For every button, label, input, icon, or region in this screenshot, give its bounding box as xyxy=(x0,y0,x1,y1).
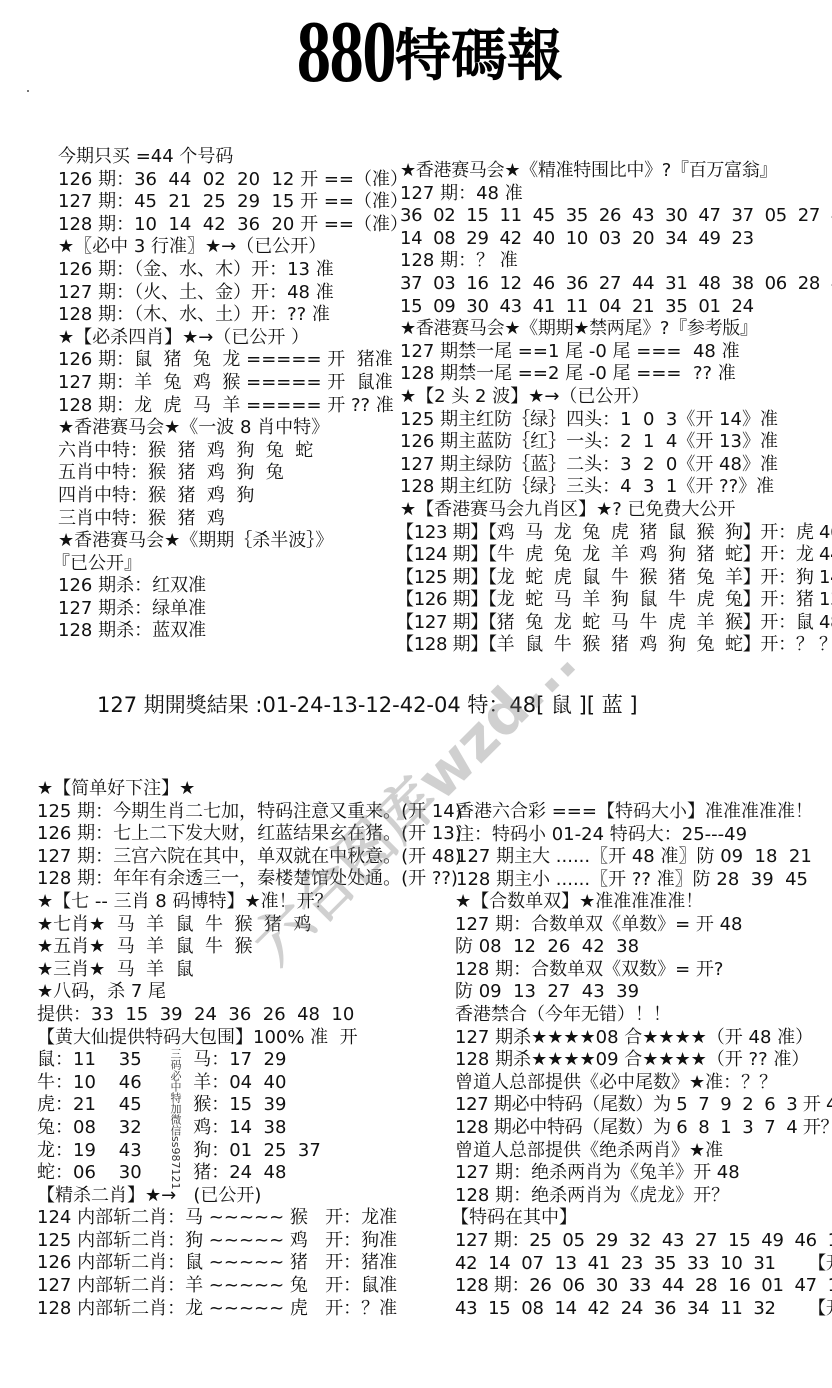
text-line: 126 期主蓝防｛红｝一头：2 1 4《开 13》准 xyxy=(400,431,832,454)
text-line: 五肖中特：猴 猪 鸡 狗 兔 xyxy=(58,462,408,485)
text-line: 128 内部斩二肖：龙 ~~~~~ 虎 开：？准 xyxy=(37,1298,462,1321)
text-line: 127 期：（火、土、金）开：48 准 xyxy=(58,282,408,305)
section-heading: ★香港赛马会★《期期｛杀半波｝》 xyxy=(58,530,408,553)
title-text: 特碼報 xyxy=(395,24,563,89)
left-top-section: 今期只买 =44 个号码 126 期：36 44 02 20 12 开 ==（准… xyxy=(58,146,408,643)
section-heading: ★【香港赛马会九肖区】★? 已免费大公开 xyxy=(400,499,832,522)
text-line: 三肖中特：猴 猪 鸡 xyxy=(58,508,408,531)
text-line: 128 期：？ 准 xyxy=(400,250,832,273)
zodiac-number-row: 龙：19 43 狗：01 25 37 xyxy=(37,1140,462,1163)
section-heading: ★香港赛马会★《精准特围比中》?『百万富翁』 xyxy=(400,160,832,183)
text-line: 127 期主绿防｛蓝｝二头：3 2 0《开 48》准 xyxy=(400,454,832,477)
text-line: 128 期：10 14 42 36 20 开 ==（准） xyxy=(58,214,408,237)
text-line: 防 08 12 26 42 38 xyxy=(455,936,832,959)
text-line: 128 期：龙 虎 马 羊 ===== 开 ?? 准 xyxy=(58,395,408,418)
text-line: 127 期主大 ......〖开 48 准〗防 09 18 21 xyxy=(456,846,813,869)
draw-result: 127 期開獎結果 :01-24-13-12-42-04 特：48[ 鼠 ][ … xyxy=(97,690,638,720)
zodiac-number-row: 虎：21 45 猴：15 39 xyxy=(37,1094,462,1117)
text-line: 126 期：七上二下发大财，红蓝结果玄在猪。(开 13) xyxy=(37,823,462,846)
text-line: 提供：33 15 39 24 36 26 48 10 xyxy=(37,1004,462,1027)
text-line: 125 期：今期生肖二七加，特码注意又重来。(开 14) xyxy=(37,801,462,824)
text-line: 六肖中特：猴 猪 鸡 狗 兔 蛇 xyxy=(58,440,408,463)
text-line: 126 期：（金、水、木）开：13 准 xyxy=(58,259,408,282)
text-line: 127 期：三宫六院在其中，单双就在中秋意。(开 48) xyxy=(37,846,462,869)
number-row: 127 期：25 05 29 32 43 27 15 49 46 18 xyxy=(455,1230,832,1253)
section-heading: 【黄大仙提供特码大包围】100% 准 开 xyxy=(37,1027,462,1050)
section-heading: 【精杀二肖】★→ (已公开) xyxy=(37,1185,462,1208)
zodiac-number-row: 牛：10 46 羊：04 40 xyxy=(37,1072,462,1095)
zodiac-number-row: 蛇：06 30 猪：24 48 xyxy=(37,1162,462,1185)
text-line: 四肖中特：猴 猪 鸡 狗 xyxy=(58,485,408,508)
zodiac-number-row: 鼠：11 35 马：17 29 xyxy=(37,1049,462,1072)
text-line: 125 期主红防｛绿｝四头：1 0 3《开 14》准 xyxy=(400,409,832,432)
text-line: ★五肖★ 马 羊 鼠 牛 猴 xyxy=(37,936,462,959)
text-line: 127 期：羊 兔 鸡 猴 ===== 开 鼠准 xyxy=(58,372,408,395)
number-row: 128 期：26 06 30 33 44 28 16 01 47 19 xyxy=(455,1275,832,1298)
section-heading: ★【必杀四肖】★→（已公开 ） xyxy=(58,327,408,350)
text-line: 127 期杀：绿单准 xyxy=(58,598,408,621)
text-line: 128 期杀：蓝双准 xyxy=(58,620,408,643)
text-line: 128 期主红防｛绿｝三头：4 3 1《开 ??》准 xyxy=(400,476,832,499)
text-line: 128 期：年年有余透三一，秦楼楚馆处处通。(开 ??) xyxy=(37,868,462,891)
text-line: 127 期杀★★★★08 合★★★★（开 48 准） xyxy=(455,1027,832,1050)
section-heading: ★【合数单双】★准准准准准！ xyxy=(455,891,832,914)
zodiac-number-row: 兔：08 32 鸡：14 38 xyxy=(37,1117,462,1140)
text-line: 127 内部斩二肖：羊 ~~~~~ 兔 开：鼠准 xyxy=(37,1275,462,1298)
text-line: 126 期：36 44 02 20 12 开 ==（准） xyxy=(58,169,408,192)
text-line: 127 期：48 准 xyxy=(400,183,832,206)
section-heading: ★香港赛马会★《期期★禁两尾》?『参考版』 xyxy=(400,318,832,341)
zodiac-row: 【123 期】【鸡 马 龙 兔 虎 猪 鼠 猴 狗】开：虎 46 xyxy=(396,522,832,545)
number-row: 37 03 16 12 46 36 27 44 31 48 38 06 28 4… xyxy=(400,273,832,296)
right-top-section: ★香港赛马会★《精准特围比中》?『百万富翁』 127 期：48 准 36 02 … xyxy=(400,160,832,657)
vertical-contact-note: 三码必中特加微信ss987121 xyxy=(167,1048,181,1189)
zodiac-row: 【128 期】【羊 鼠 牛 猴 猪 鸡 狗 兔 蛇】开：？ ？ xyxy=(396,634,832,657)
text-line: 125 内部斩二肖：狗 ~~~~~ 鸡 开：狗准 xyxy=(37,1230,462,1253)
section-heading: ★【2 头 2 波】★→（已公开） xyxy=(400,386,832,409)
text-line: ★八码，杀 7 尾 xyxy=(37,981,462,1004)
text-line: 127 期：45 21 25 29 15 开 ==（准） xyxy=(58,191,408,214)
zodiac-row: 【124 期】【牛 虎 兔 龙 羊 鸡 狗 猪 蛇】开：龙 44 xyxy=(396,544,832,567)
section-heading: ★【简单好下注】★ xyxy=(37,778,462,801)
right-bottom-top-section: 香港六合彩 ===【特码大小】准准准准准！ 注：特码小 01-24 特码大：25… xyxy=(456,801,813,891)
section-heading: ★香港赛马会★《一波 8 肖中特》 xyxy=(58,417,408,440)
section-heading: 【特码在其中】 xyxy=(451,1207,832,1230)
text-line: 注：特码小 01-24 特码大：25---49 xyxy=(456,824,813,847)
text-line: 126 期：鼠 猪 兔 龙 ===== 开 猪准 xyxy=(58,349,408,372)
section-heading: 曾道人总部提供《绝杀两肖》★准 xyxy=(455,1140,832,1163)
number-row: 43 15 08 14 42 24 36 34 11 32 【开 ??】 xyxy=(455,1298,832,1321)
text-line: 124 内部斩二肖：马 ~~~~~ 猴 开：龙准 xyxy=(37,1207,462,1230)
page-title: 880特碼報 xyxy=(0,8,832,102)
text-line: 128 期：合数单双《双数》= 开? xyxy=(455,959,832,982)
speck xyxy=(27,90,29,92)
text-line: 127 期：绝杀两肖为《兔羊》开 48 xyxy=(455,1162,832,1185)
number-row: 42 14 07 13 41 23 35 33 10 31 【开 48】 xyxy=(455,1253,832,1276)
section-heading: 香港禁合（今年无错）！！ xyxy=(455,1004,832,1027)
text-line: 128 期必中特码（尾数）为 6 8 1 3 7 4 开？ xyxy=(455,1117,832,1140)
section-heading: 香港六合彩 ===【特码大小】准准准准准！ xyxy=(456,801,813,824)
text-line: 今期只买 =44 个号码 xyxy=(58,146,408,169)
text-line: 128 期：绝杀两肖为《虎龙》开？ xyxy=(455,1185,832,1208)
number-row: 14 08 29 42 40 10 03 20 34 49 23 xyxy=(400,228,832,251)
text-line: 128 期主小 ......〖开 ?? 准〗防 28 39 45 xyxy=(456,869,813,892)
zodiac-row: 【127 期】【猪 兔 龙 蛇 马 牛 虎 羊 猴】开：鼠 48 xyxy=(396,612,832,635)
number-row: 36 02 15 11 45 35 26 43 30 47 37 05 27 4… xyxy=(400,205,832,228)
title-number: 880 xyxy=(297,8,395,98)
text-line: 126 期杀：红双准 xyxy=(58,575,408,598)
text-line: 127 期禁一尾 ==1 尾 -0 尾 === 48 准 xyxy=(400,341,832,364)
text-line: 128 期：（木、水、土）开：?? 准 xyxy=(58,304,408,327)
right-bottom-section: ★【合数单双】★准准准准准！ 127 期：合数单双《单数》= 开 48 防 08… xyxy=(455,891,832,1320)
text-line: 128 期杀★★★★09 合★★★★（开 ?? 准） xyxy=(455,1049,832,1072)
section-heading: ★〖必中 3 行准〗★→（已公开） xyxy=(58,236,408,259)
left-bottom-section: ★【简单好下注】★ 125 期：今期生肖二七加，特码注意又重来。(开 14) 1… xyxy=(37,778,462,1320)
text-line: 127 期：合数单双《单数》= 开 48 xyxy=(455,914,832,937)
zodiac-row: 【125 期】【龙 蛇 虎 鼠 牛 猴 猪 兔 羊】开：狗 14 xyxy=(396,567,832,590)
zodiac-row: 【126 期】【龙 蛇 马 羊 狗 鼠 牛 虎 兔】开：猪 13 xyxy=(396,589,832,612)
section-heading: 曾道人总部提供《必中尾数》★准：？？ xyxy=(455,1072,832,1095)
text-line: 128 期禁一尾 ==2 尾 -0 尾 === ?? 准 xyxy=(400,363,832,386)
number-row: 15 09 30 43 41 11 04 21 35 01 24 xyxy=(400,296,832,319)
text-line: 126 内部斩二肖：鼠 ~~~~~ 猪 开：猪准 xyxy=(37,1252,462,1275)
text-line: 防 09 13 27 43 39 xyxy=(455,981,832,1004)
section-heading: ★【七 -- 三肖 8 码博特】★准！开？ xyxy=(37,891,462,914)
text-line: 127 期必中特码（尾数）为 5 7 9 2 6 3 开 48 xyxy=(455,1094,832,1117)
text-line: 『已公开』 xyxy=(52,553,408,576)
text-line: ★三肖★ 马 羊 鼠 xyxy=(37,959,462,982)
text-line: ★七肖★ 马 羊 鼠 牛 猴 猪 鸡 xyxy=(37,914,462,937)
